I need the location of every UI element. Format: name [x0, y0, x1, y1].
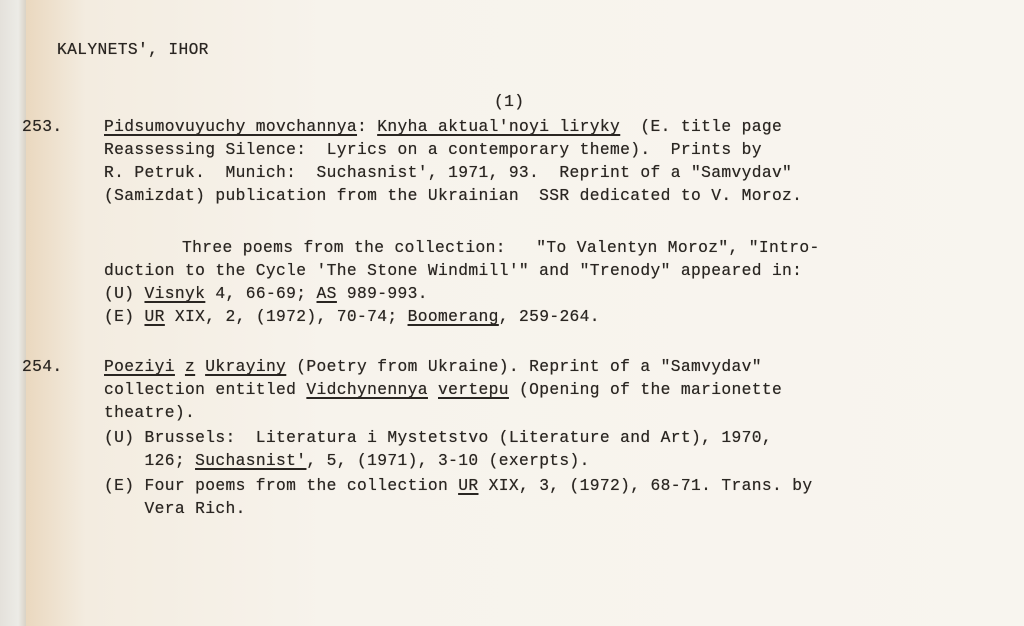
entry-254-e-line: Vera Rich. — [104, 499, 246, 519]
entry-253-para: Three poems from the collection: "To Val… — [182, 238, 820, 258]
entry-253-e-line: (E) UR XIX, 2, (1972), 70-74; Boomerang,… — [104, 307, 600, 327]
entry-254-u-line: 126; Suchasnist', 5, (1971), 3-10 (exerp… — [104, 451, 590, 471]
entry-254-u-line: (U) Brussels: Literatura i Mystetstvo (L… — [104, 428, 772, 448]
entry-254-title-line: Poeziyi z Ukrayiny (Poetry from Ukraine)… — [104, 357, 762, 377]
entry-253-subtitle: Knyha aktual'noyi liryky — [377, 117, 620, 136]
entry-254-e-line: (E) Four poems from the collection UR XI… — [104, 476, 812, 496]
entry-253-u-line: (U) Visnyk 4, 66-69; AS 989-993. — [104, 284, 428, 304]
entry-253-title-line: Pidsumovuyuchy movchannya: Knyha aktual'… — [104, 117, 782, 137]
entry-253-line: R. Petruk. Munich: Suchasnist', 1971, 93… — [104, 163, 792, 183]
page-edge — [0, 0, 26, 626]
entry-253-title: Pidsumovuyuchy movchannya — [104, 117, 357, 136]
entry-253-para: duction to the Cycle 'The Stone Windmill… — [104, 261, 802, 281]
page-marker: (1) — [494, 92, 524, 112]
author-heading: KALYNETS', IHOR — [57, 40, 209, 60]
entry-253-line: Reassessing Silence: Lyrics on a contemp… — [104, 140, 762, 160]
entry-number-254: 254. — [22, 357, 62, 377]
entry-253-line: (Samizdat) publication from the Ukrainia… — [104, 186, 802, 206]
entry-number-253: 253. — [22, 117, 62, 137]
entry-254-line: theatre). — [104, 403, 195, 423]
entry-254-line: collection entitled Vidchynennya vertepu… — [104, 380, 782, 400]
